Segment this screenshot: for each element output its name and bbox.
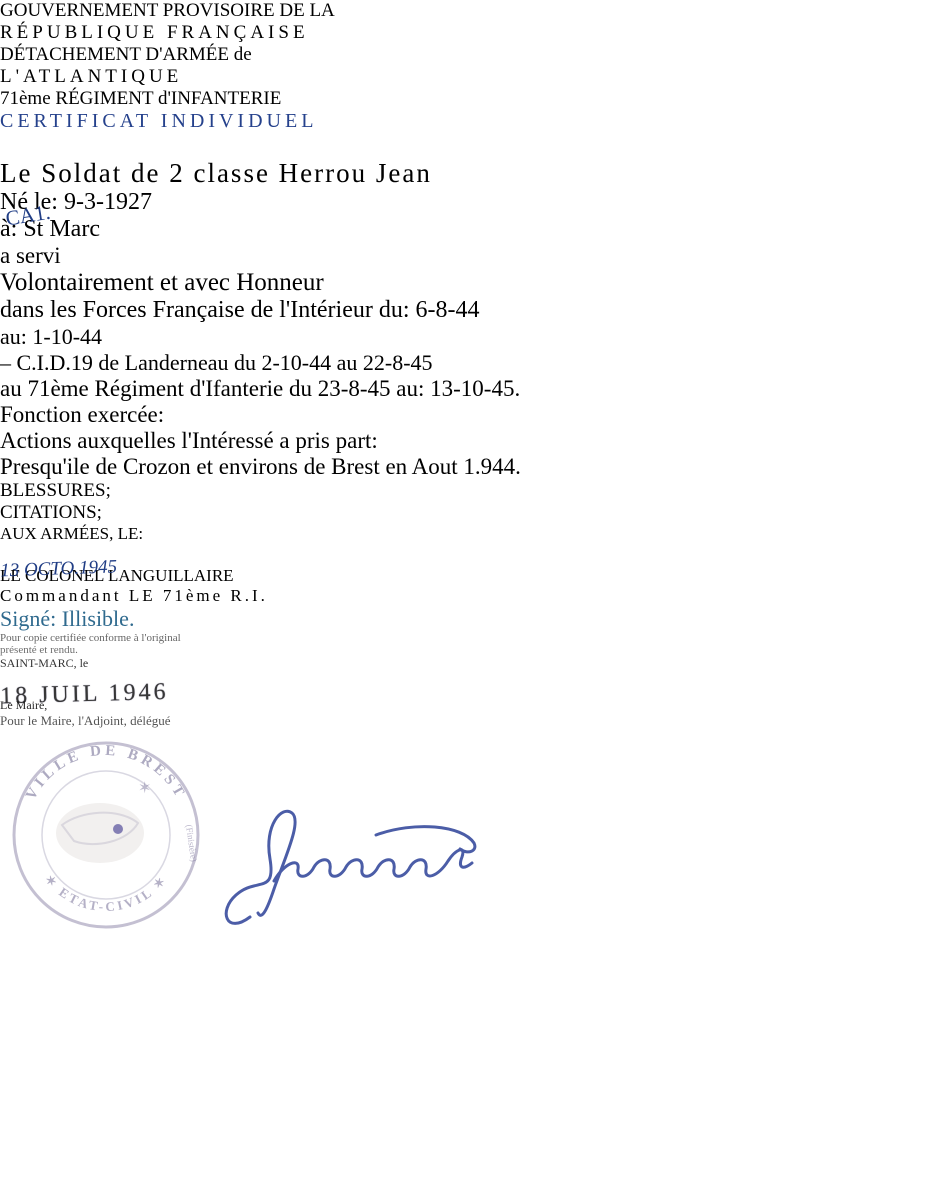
wounds-label: BLESSURES; — [0, 480, 942, 502]
cid-line: – C.I.D.19 de Landerneau du 2-10-44 au 2… — [0, 350, 942, 376]
ffi-line: dans les Forces Française de l'Intérieur… — [0, 297, 942, 324]
round-stamp: VILLE DE BREST ✶ ETAT-CIVIL ✶ (Finistère… — [0, 729, 212, 941]
citations-label: CITATIONS; — [0, 502, 942, 524]
signature-mark — [216, 801, 496, 941]
stamp-line-1: Pour copie certifiée conforme à l'origin… — [0, 632, 942, 644]
ffi-end-date: au: 1-10-44 — [0, 324, 942, 350]
stamp-line-2: présenté et rendu. — [0, 644, 942, 656]
certificate-title: CERTIFICAT INDIVIDUEL — [0, 110, 942, 133]
photo-backdrop: GOUVERNEMENT PROVISOIRE DE LA RÉPUBLIQUE… — [0, 0, 942, 1198]
stamp-star-icon: ✶ — [138, 780, 151, 797]
svg-text:✶ ETAT-CIVIL ✶: ✶ ETAT-CIVIL ✶ — [42, 872, 170, 915]
colonel-role-line: Commandant LE 71ème R.I. — [0, 586, 942, 606]
birthplace: à: St Marc — [0, 216, 942, 243]
actions-value: Presqu'ile de Crozon et environs de Bres… — [0, 454, 942, 480]
round-stamp-top-text: VILLE DE BREST — [23, 743, 189, 803]
signed-line: Signé: Illisible. — [0, 606, 942, 632]
stamp-line-5: Pour le Maire, l'Adjoint, délégué — [0, 713, 942, 729]
stamp-line-4: Le Maire, — [0, 698, 942, 713]
svg-text:VILLE DE BREST: VILLE DE BREST — [23, 743, 189, 803]
honor-line: Volontairement et avec Honneur — [0, 269, 942, 297]
served-words: a servi — [0, 243, 942, 269]
regiment-line: au 71ème Régiment d'Ifanterie du 23-8-45… — [0, 376, 942, 402]
document-paper: GOUVERNEMENT PROVISOIRE DE LA RÉPUBLIQUE… — [0, 0, 942, 946]
ink-blot — [113, 824, 123, 834]
letterhead-line-3: DÉTACHEMENT D'ARMÉE de — [0, 44, 942, 66]
actions-label: Actions auxquelles l'Intéressé a pris pa… — [0, 428, 942, 454]
letterhead-line-2: RÉPUBLIQUE FRANÇAISE — [0, 22, 942, 44]
letterhead-line-1: GOUVERNEMENT PROVISOIRE DE LA — [0, 0, 942, 22]
function-label: Fonction exercée: — [0, 402, 942, 428]
round-stamp-bottom-text: ✶ ETAT-CIVIL ✶ — [42, 872, 170, 915]
